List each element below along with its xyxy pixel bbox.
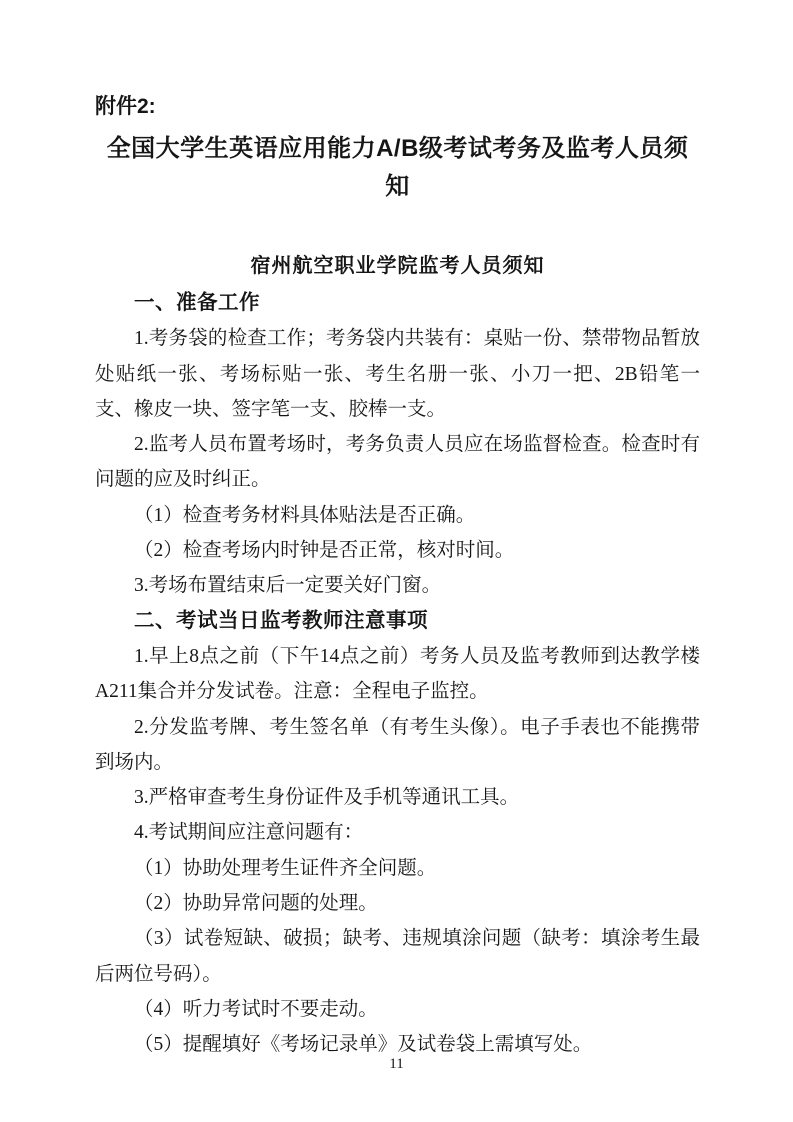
section-2-paragraph: 2.分发监考牌、考生签名单（有考生头像）。电子手表也不能携带到场内。 <box>95 710 700 781</box>
section-1-heading: 一、准备工作 <box>95 286 700 321</box>
section-2-paragraph: （3）试卷短缺、破损；缺考、违规填涂问题（缺考：填涂考生最后两位号码）。 <box>95 921 700 992</box>
document-subtitle: 宿州航空职业学院监考人员须知 <box>95 250 700 282</box>
section-1-paragraph: 2.监考人员布置考场时，考务负责人员应在场监督检查。检查时有问题的应及时纠正。 <box>95 427 700 498</box>
page-number: 11 <box>0 1054 793 1074</box>
section-1-paragraph: 1.考务袋的检查工作；考务袋内共装有：桌贴一份、禁带物品暂放处贴纸一张、考场标贴… <box>95 321 700 427</box>
document-body: 一、准备工作 1.考务袋的检查工作；考务袋内共装有：桌贴一份、禁带物品暂放处贴纸… <box>95 286 700 1063</box>
section-2-paragraph: 4.考试期间应注意问题有： <box>95 815 700 850</box>
section-2-paragraph: 3.严格审查考生身份证件及手机等通讯工具。 <box>95 780 700 815</box>
attachment-label: 附件2: <box>95 92 700 122</box>
section-2-paragraph: （1）协助处理考生证件齐全问题。 <box>95 851 700 886</box>
section-2-paragraph: （2）协助异常问题的处理。 <box>95 886 700 921</box>
section-2-paragraph: （4）听力考试时不要走动。 <box>95 992 700 1027</box>
section-1-paragraph: （1）检查考务材料具体贴法是否正确。 <box>95 498 700 533</box>
section-2-paragraph: 1.早上8点之前（下午14点之前）考务人员及监考教师到达教学楼A211集合并分发… <box>95 639 700 710</box>
document-page: 附件2: 全国大学生英语应用能力A/B级考试考务及监考人员须知 宿州航空职业学院… <box>0 0 793 1122</box>
section-2-heading: 二、考试当日监考教师注意事项 <box>95 604 700 639</box>
document-title: 全国大学生英语应用能力A/B级考试考务及监考人员须知 <box>95 130 700 206</box>
section-1-paragraph: 3.考场布置结束后一定要关好门窗。 <box>95 568 700 603</box>
section-1-paragraph: （2）检查考场内时钟是否正常，核对时间。 <box>95 533 700 568</box>
